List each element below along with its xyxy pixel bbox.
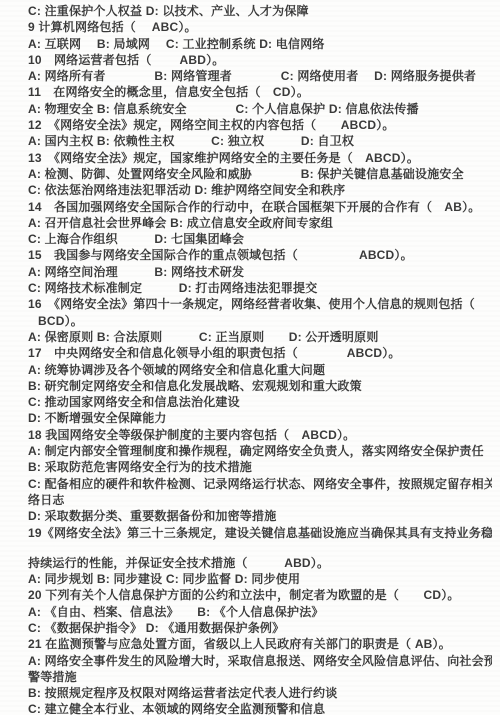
document-line: 14 各国加强网络安全国际合作的行动中，在联合国框架下开展的合作有（ AB）。	[28, 199, 492, 215]
document-line: A: 网络安全事件发生的风险增大时，采取信息报送、网络安全风险信息评估、向社会预	[28, 653, 492, 669]
document-line: C: 建立健全本行业、本领域的网络安全监测预警和信息	[28, 701, 492, 715]
document-line: 10 网络运营者包括（ ABD）。	[28, 52, 492, 68]
document-line: D: 采取数据分类、重要数据备份和加密等措施	[28, 508, 492, 524]
document-line: 络日志	[28, 492, 492, 508]
document-line: B: 按照规定程序及权限对网络运营者法定代表人进行约谈	[28, 685, 492, 701]
document-line: A: 互联网 B: 局域网 C: 工业控制系统 D: 电信网络	[28, 36, 492, 52]
document-line: C: 《数据保护指令》 D: 《通用数据保护条例》	[28, 620, 492, 636]
document-line: BCD）。	[28, 313, 492, 329]
document-line: 18 我国网络安全等级保护制度的主要内容包括（ ABCD）。	[28, 427, 492, 443]
document-line: A: 《自由、档案、信息法》 B: 《个人信息保护法》	[28, 604, 492, 620]
document-line: 13 《网络安全法》规定，国家维护网络安全的主要任务是（ ABCD）。	[28, 150, 492, 166]
document-line: A: 网络空间治理 B: 网络技术研发	[28, 264, 492, 280]
document-line: 17 中央网络安全和信息化领导小组的职责包括（ ABCD）。	[28, 345, 492, 361]
document-line: C: 网络技术标准制定 D: 打击网络违法犯罪提交	[28, 280, 492, 296]
document-line: A: 物理安全 B: 信息系统安全 C: 个人信息保护 D: 信息依法传播	[28, 101, 492, 117]
document-line: 21 在监测预警与应急处置方面，省级以上人民政府有关部门的职责是（ AB）。	[28, 636, 492, 652]
document-line: C: 依法惩治网络违法犯罪活动 D: 维护网络空间安全和秩序	[28, 182, 492, 198]
document-page: C: 注重保护个人权益 D: 以技术、产业、人才为保障9 计算机网络包括（ AB…	[0, 0, 500, 715]
document-line: 12 《网络安全法》规定，网络空间主权的内容包括（ ABCD）。	[28, 117, 492, 133]
document-line: C: 注重保护个人权益 D: 以技术、产业、人才为保障	[28, 3, 492, 19]
document-line: A: 制定内部安全管理制度和操作规程，确定网络安全负责人，落实网络安全保护责任	[28, 443, 492, 459]
document-line: C: 上海合作组织 D: 七国集团峰会	[28, 231, 492, 247]
document-line: A: 国内主权 B: 依赖性主权 C: 独立权 D: 自卫权	[28, 133, 492, 149]
document-line: B: 采取防范危害网络安全行为的技术措施	[28, 459, 492, 475]
document-line: A: 保密原则 B: 合法原则 C: 正当原则 D: 公开透明原则	[28, 329, 492, 345]
document-line: 20 下列有关个人信息保护方面的公约和立法中，制定者为欧盟的是（ CD）。	[28, 587, 492, 603]
document-line: A: 召开信息社会世界峰会 B: 成立信息安全政府间专家组	[28, 215, 492, 231]
document-line: 19《网络安全法》第三十三条规定，建设关键信息基础设施应当确保其具有支持业务稳定…	[28, 525, 492, 541]
document-line: A: 统筹协调涉及各个领域的网络安全和信息化重大问题	[28, 362, 492, 378]
document-line: B: 研究制定网络安全和信息化发展战略、宏观规划和重大政策	[28, 378, 492, 394]
document-line: 16 《网络安全法》第四十一条规定，网络经营者收集、使用个人信息的规则包括（	[28, 296, 492, 312]
document-line: C: 推动国家网络安全和信息法治化建设	[28, 394, 492, 410]
document-line: C: 配备相应的硬件和软件检测、记录网络运行状态、网络安全事件，按照规定留存相关…	[28, 476, 492, 492]
document-line: 警等措施	[28, 669, 492, 685]
document-line: 15 我国参与网络安全国际合作的重点领域包括（ ABCD）。	[28, 247, 492, 263]
document-line: A: 同步规划 B: 同步建设 C: 同步监督 D: 同步使用	[28, 571, 492, 587]
document-line: 9 计算机网络包括（ ABC）。	[28, 19, 492, 35]
document-line: 11 在网络安全的概念里，信息安全包括（ CD）。	[28, 84, 492, 100]
document-body: C: 注重保护个人权益 D: 以技术、产业、人才为保障9 计算机网络包括（ AB…	[28, 3, 492, 715]
document-line: D: 不断增强安全保障能力	[28, 410, 492, 426]
document-line: A: 检测、防御、处置网络安全风险和威胁 B: 保护关键信息基础设施安全	[28, 166, 492, 182]
document-line: A: 网络所有者 B: 网络管理者 C: 网络使用者 D: 网络服务提供者	[28, 68, 492, 84]
document-line: 持续运行的性能，并保证安全技术措施（ ABD）。	[28, 555, 492, 571]
